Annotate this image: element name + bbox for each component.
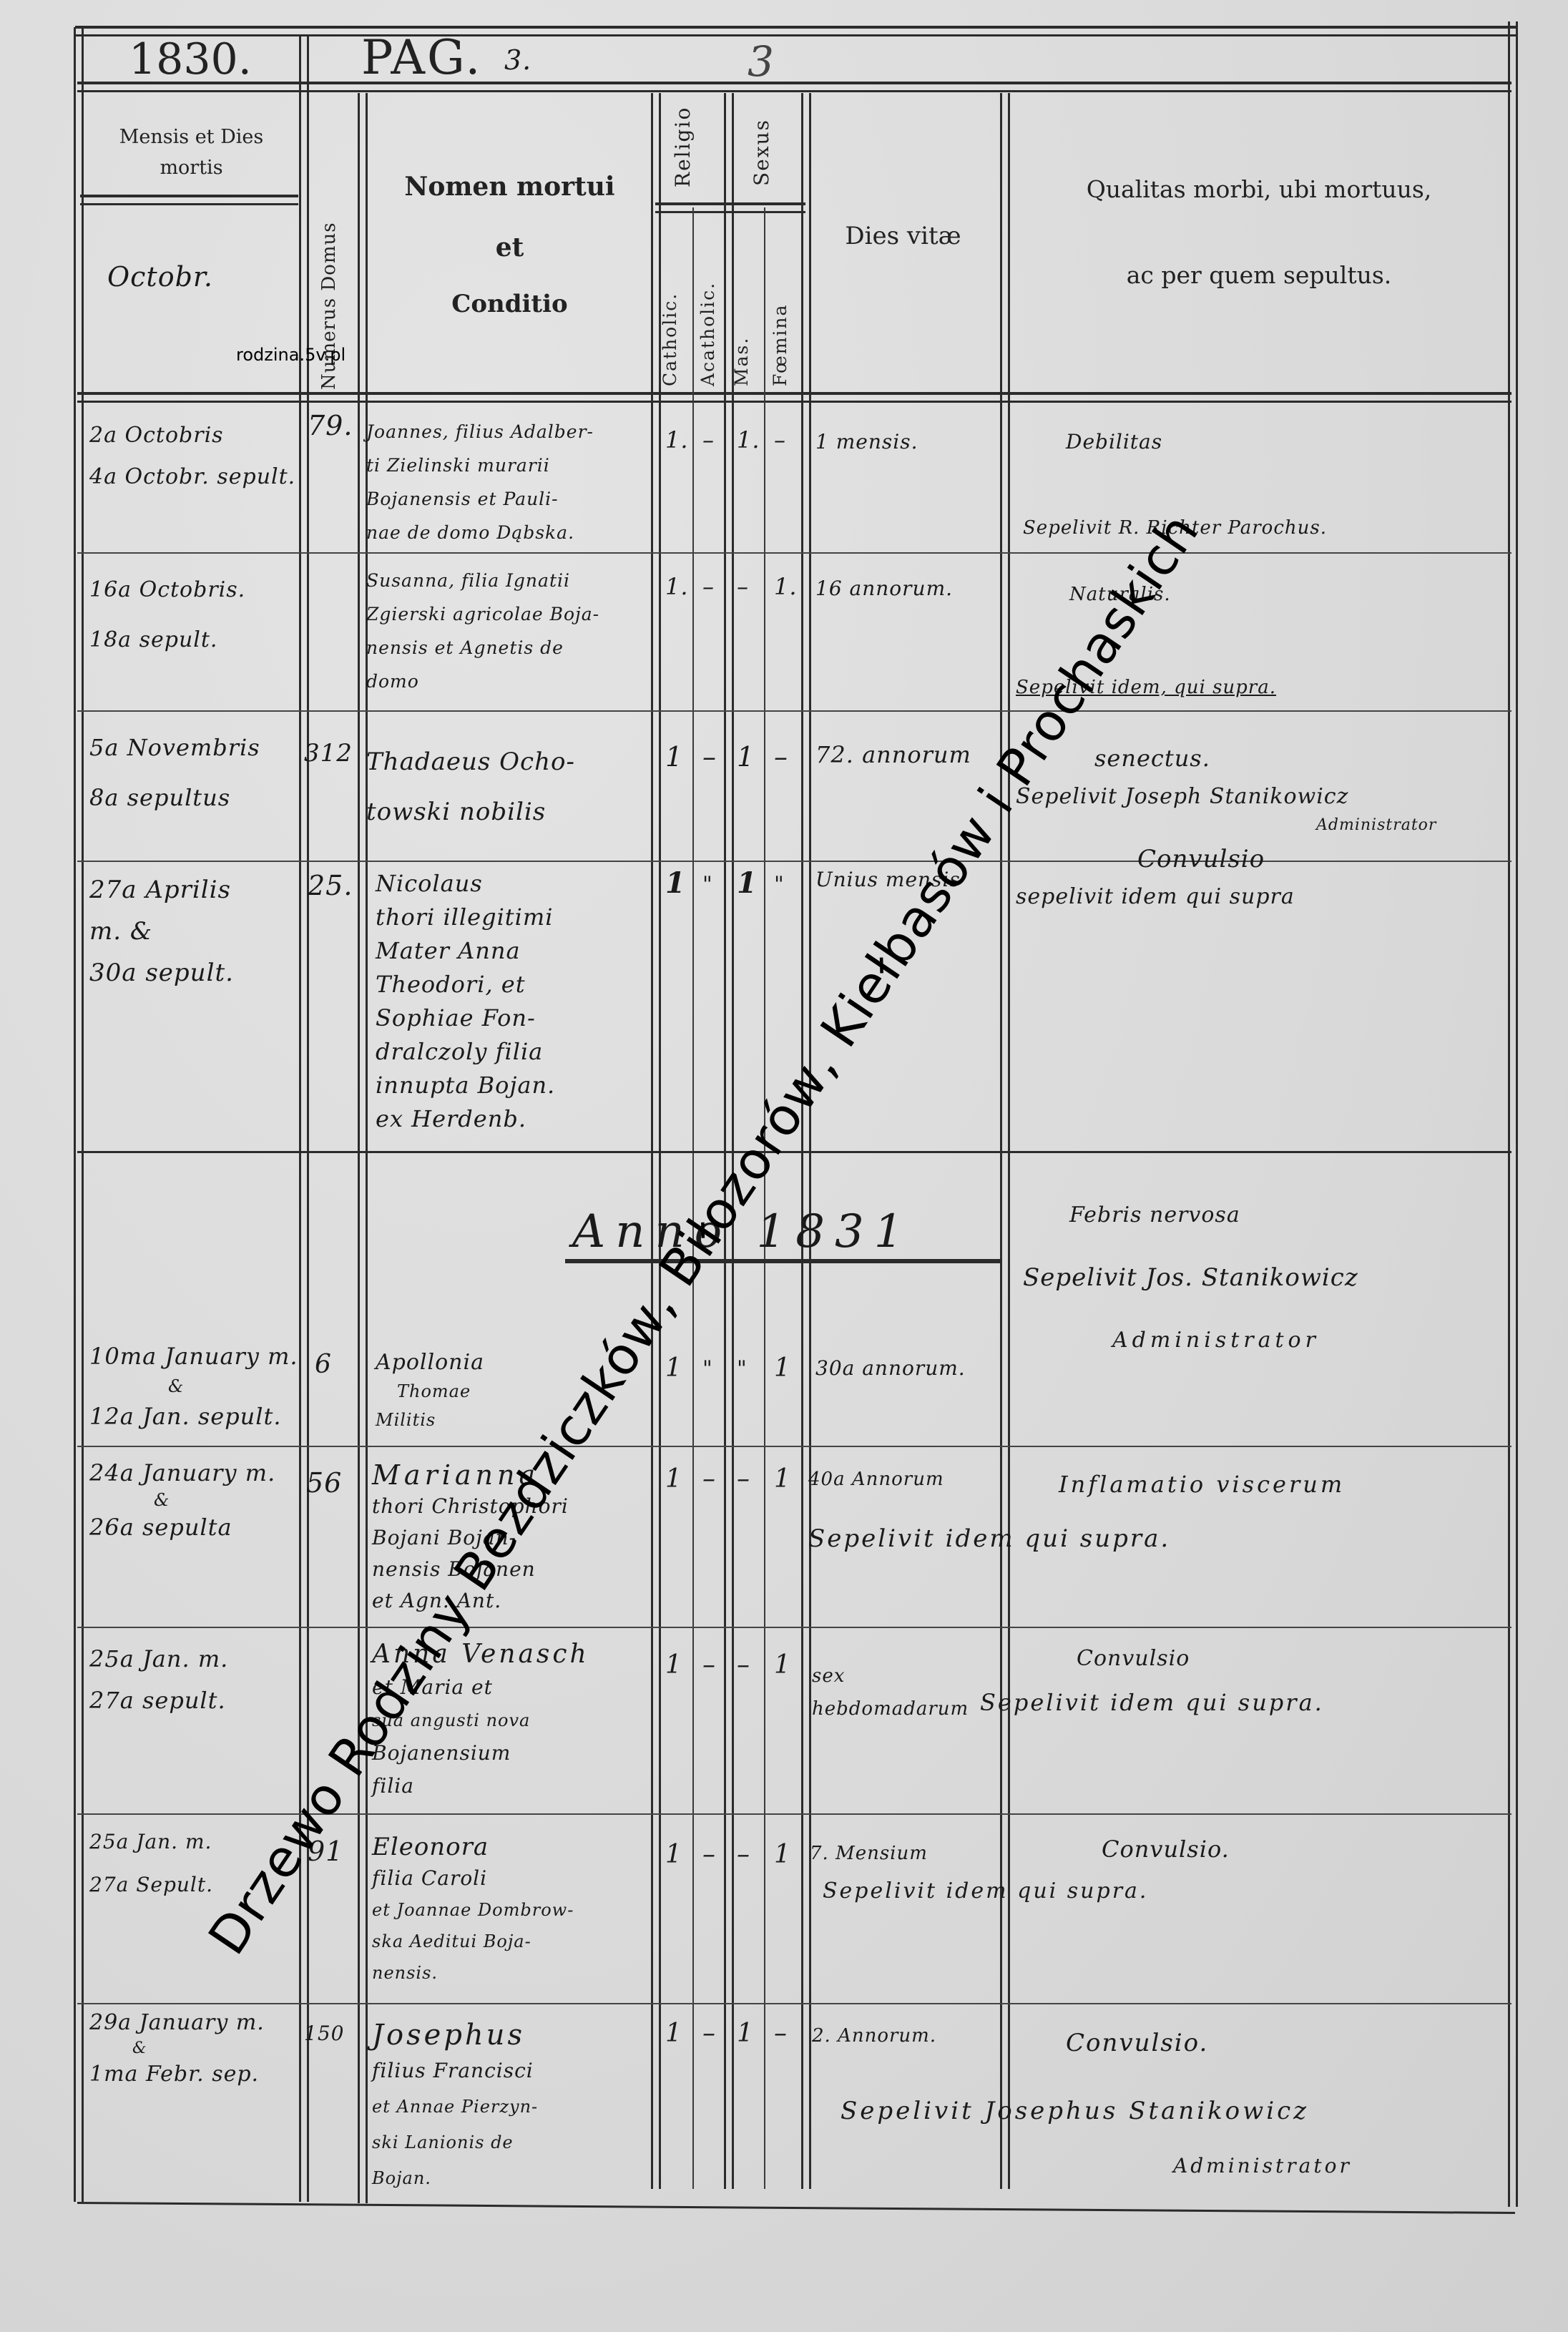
header-qualitas-2: ac per quem sepultus. <box>1009 261 1509 289</box>
entry-name-line: et Annae Pierzyn- <box>372 2089 538 2125</box>
col-line-foemina <box>764 207 765 2189</box>
page-label: PAG. <box>361 30 482 85</box>
mensis-divider <box>80 195 298 205</box>
entry-date: 25a Jan. m. <box>89 1638 228 1680</box>
entry-date: & <box>89 1371 298 1401</box>
entry-name-line: Susanna, filia Ignatii <box>366 564 599 597</box>
entry-name-line: nae de domo Dąbska. <box>366 516 594 549</box>
entry-name-line: nensis et Agnetis de <box>366 631 599 665</box>
site-watermark: rodzina.5v.pl <box>236 345 346 365</box>
row-divider <box>77 1627 1511 1628</box>
entry-foemina: 1. <box>774 572 798 601</box>
entry-acatholic: – <box>702 2017 716 2049</box>
entry-acatholic: – <box>702 1838 716 1871</box>
entry-date: 18a sepult. <box>89 615 245 665</box>
entry-cause: senectus. <box>1094 744 1210 773</box>
entry-catholic: 1. <box>665 572 689 601</box>
note-burial: Sepelivit Jos. Stanikowicz <box>1023 1263 1358 1293</box>
entry-date: 29a January m. <box>89 2010 265 2036</box>
entry-catholic: 1 <box>665 1649 682 1681</box>
entry-date: 16a Octobris. <box>89 565 245 615</box>
entry-name-line: ex Herdenb. <box>376 1102 555 1136</box>
entry-date: & <box>89 2036 265 2062</box>
entry-name-line: Militis <box>376 1406 484 1434</box>
entry-house: 56 <box>306 1466 342 1501</box>
entry-cause: Convulsio. <box>1066 2028 1208 2059</box>
entry-mas: 1 <box>737 866 758 901</box>
entry-name-line: Thomae <box>376 1377 484 1406</box>
entry-name-line: nensis. <box>372 1957 574 1989</box>
entry-name-line: ska Aeditui Boja- <box>372 1926 574 1957</box>
entry-acatholic: – <box>702 740 717 775</box>
entry-foemina: – <box>774 740 788 775</box>
entry-date: 24a January m. <box>89 1459 275 1486</box>
header-dies-vitae: Dies vitæ <box>808 222 998 250</box>
row-divider <box>77 861 1511 862</box>
entry-acatholic: – <box>702 1649 716 1681</box>
note-burial-title: Administrator <box>1112 1327 1320 1354</box>
entry-mas: 1 <box>737 2017 754 2049</box>
entry-date: & <box>89 1486 275 1514</box>
entry-date: 27a Aprilis <box>89 869 234 911</box>
row-divider <box>77 1446 1511 1447</box>
entry-date: 26a sepulta <box>89 1514 275 1541</box>
header-catholic: Catholic. <box>660 293 680 386</box>
entry-name-line: towski nobilis <box>366 787 575 837</box>
entry-catholic: 1 <box>665 1463 682 1495</box>
page-number-handwritten: 3 <box>748 37 775 86</box>
entry-name-line: et Joannae Dombrow- <box>372 1894 574 1926</box>
row-divider <box>77 2003 1511 2004</box>
entry-foemina: 1 <box>774 1838 791 1871</box>
entry-catholic: 1 <box>665 740 683 775</box>
entry-name-line: filia Caroli <box>372 1863 574 1894</box>
entry-burial: Sepelivit idem qui supra. <box>808 1524 1170 1554</box>
note-cause: Febris nervosa <box>1069 1202 1240 1229</box>
page-number-printed: 3. <box>504 44 531 76</box>
entry-name-line: innupta Bojan. <box>376 1069 555 1102</box>
entry-date: 12a Jan. sepult. <box>89 1401 298 1431</box>
entry-name-line: thori illegitimi <box>376 901 555 934</box>
entry-date: 8a sepultus <box>89 773 260 823</box>
entry-burial: sepelivit idem qui supra <box>1016 883 1295 911</box>
col-line-catholic <box>651 93 661 2189</box>
entry-mas: – <box>737 1463 750 1495</box>
entry-mas: 1. <box>737 426 760 454</box>
entry-house: 312 <box>304 738 353 769</box>
entry-name-line: domo <box>366 665 599 698</box>
entry-mas: – <box>737 572 749 601</box>
entry-age: sex hebdomadarum <box>812 1660 994 1725</box>
entry-mas: " <box>737 1356 748 1383</box>
header-acatholic: Acatholic. <box>697 282 718 386</box>
family-tree-watermark: Drzewo Rodziny Bezdziczków, Biłozorów, K… <box>197 503 1210 1965</box>
entry-age: 40a Annorum <box>808 1468 944 1491</box>
entry-name-line: Bojanensium <box>372 1737 589 1770</box>
entry-age: 72. annorum <box>815 740 971 769</box>
col-line-qualitas <box>1000 93 1010 2189</box>
header-religio: Religio <box>671 107 695 187</box>
entry-catholic: 1. <box>665 426 689 454</box>
col-line-nomen <box>358 93 368 2203</box>
entry-foemina: 1 <box>774 1463 791 1495</box>
entry-catholic: 1 <box>665 866 686 901</box>
entry-name-line: Thadaeus Ocho- <box>366 737 575 787</box>
entry-name-line: Bojan. <box>372 2160 538 2196</box>
entry-foemina: – <box>774 426 786 454</box>
entry-age: 7. Mensium <box>810 1842 928 1866</box>
entry-cause: Convulsio <box>1077 1645 1190 1672</box>
entry-cause: Convulsio <box>1137 844 1265 875</box>
entry-date: m. & <box>89 911 234 952</box>
entry-age: 1 mensis. <box>815 429 918 454</box>
entry-name-line: dralczoly filia <box>376 1035 555 1069</box>
year-underline <box>565 1259 1001 1263</box>
entry-acatholic: – <box>702 572 715 601</box>
entry-catholic: 1 <box>665 1838 682 1871</box>
entry-acatholic: – <box>702 426 715 454</box>
entry-acatholic: " <box>702 871 713 898</box>
entry-house: 79. <box>308 409 353 444</box>
header-mensis-month: Octobr. <box>107 261 213 293</box>
entry-acatholic: – <box>702 1463 716 1495</box>
entry-date: 1ma Febr. sep. <box>89 2062 265 2087</box>
entry-foemina: " <box>774 871 785 898</box>
entry-burial-title: Administrator <box>1316 815 1436 836</box>
entry-house: 6 <box>315 1348 332 1381</box>
header-mensis: Mensis et Dies mortis <box>107 122 275 183</box>
entry-date: 27a Sepult. <box>89 1863 213 1906</box>
entry-name-line: Bojanensis et Pauli- <box>366 482 594 516</box>
entry-name-line: ski Lanionis de <box>372 2125 538 2160</box>
row-divider <box>77 552 1511 554</box>
entry-date: 25a Jan. m. <box>89 1821 213 1863</box>
entry-name-line: Josephus <box>372 2017 538 2053</box>
entry-burial: Sepelivit idem qui supra. <box>980 1688 1324 1717</box>
entry-age: 2. Annorum. <box>812 2024 936 2048</box>
entry-burial: Sepelivit idem qui supra. <box>823 1878 1148 1905</box>
header-foemina: Fœmina <box>770 304 790 386</box>
entry-burial: Sepelivit Josephus Stanikowicz <box>841 2096 1309 2127</box>
entry-foemina: 1 <box>774 1649 791 1681</box>
header-qualitas-1: Qualitas morbi, ubi mortuus, <box>1009 175 1509 203</box>
header-nomen-3: Conditio <box>372 290 647 318</box>
entry-mas: – <box>737 1838 750 1871</box>
entry-cause: Convulsio. <box>1102 1835 1230 1863</box>
header-mas: Mas. <box>731 337 752 386</box>
entry-foemina: – <box>774 2017 788 2049</box>
col-line-diesvitae <box>801 93 811 2189</box>
entry-name-line: Sophiae Fon- <box>376 1001 555 1035</box>
register-year: 1830. <box>129 34 252 84</box>
entry-cause: Debilitas <box>1066 429 1162 454</box>
entry-catholic: 1 <box>665 1352 682 1384</box>
header-divider <box>77 392 1511 403</box>
entry-mas: – <box>737 1649 750 1681</box>
frame-top <box>75 26 1516 36</box>
header-nomen-1: Nomen mortui <box>372 172 647 202</box>
entry-date: 5a Novembris <box>89 722 260 773</box>
entry-name-line: Nicolaus <box>376 867 555 901</box>
entry-house: 25. <box>308 869 353 903</box>
entry-date: 30a sepult. <box>89 952 234 994</box>
frame-bottom <box>77 2202 1515 2214</box>
entry-burial-title: Administrator <box>1173 2153 1352 2178</box>
entry-name-line: ti Zielinski murarii <box>366 449 594 482</box>
entry-name-line: Zgierski agricolae Boja- <box>366 597 599 631</box>
entry-date: 4a Octobr. sepult. <box>89 456 295 498</box>
entry-age: 16 annorum. <box>815 576 953 601</box>
entry-foemina: 1 <box>774 1352 791 1384</box>
entry-name-line: Joannes, filius Adalber- <box>366 415 594 449</box>
entry-name-line: Theodori, et <box>376 968 555 1001</box>
title-divider <box>77 82 1511 92</box>
entry-date: 10ma January m. <box>89 1341 298 1371</box>
entry-name-line: filius Francisci <box>372 2053 538 2089</box>
entry-acatholic: " <box>702 1356 713 1383</box>
row-divider <box>77 710 1511 712</box>
entry-name-line: Mater Anna <box>376 934 555 968</box>
entry-date: 27a sepult. <box>89 1680 228 1721</box>
header-nomen-2: et <box>372 232 647 263</box>
entry-name-line: filia <box>372 1770 589 1803</box>
entry-burial: Sepelivit Joseph Stanikowicz <box>1016 783 1348 810</box>
entry-name-line: Eleonora <box>372 1831 574 1863</box>
frame-right <box>1508 21 1518 2207</box>
entry-age: 30a annorum. <box>815 1356 966 1381</box>
entry-house: 150 <box>304 2021 344 2046</box>
entry-date: 2a Octobris <box>89 415 295 456</box>
entry-mas: 1 <box>737 740 755 775</box>
entry-cause: Inflamatio viscerum <box>1059 1470 1345 1499</box>
frame-left <box>74 27 84 2202</box>
header-sexus: Sexus <box>750 119 773 186</box>
entry-catholic: 1 <box>665 2017 682 2049</box>
entry-name-line: Apollonia <box>376 1348 484 1377</box>
